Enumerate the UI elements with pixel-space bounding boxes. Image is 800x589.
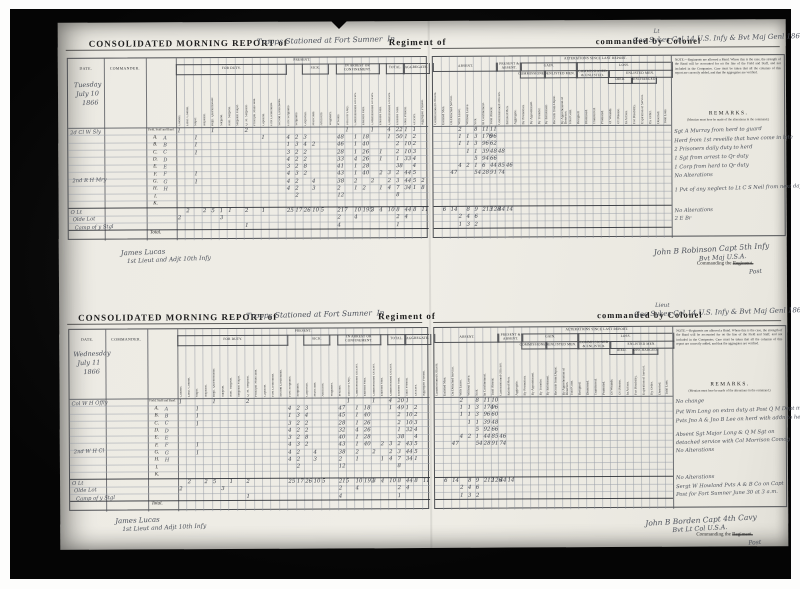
cell-value: 28 xyxy=(337,149,344,155)
cell-value: 46 xyxy=(337,142,344,148)
column-header-label: Principal Musicians. xyxy=(253,76,260,126)
cell-value: 14 xyxy=(506,206,513,212)
cell-value: 10 xyxy=(388,207,395,213)
row-script-letter: F xyxy=(163,172,167,178)
cell-value: 9 xyxy=(474,207,477,213)
cell-value: 4 xyxy=(468,485,471,491)
cell-value: 8 xyxy=(304,164,307,170)
cell-value: 47 xyxy=(452,441,459,447)
column-header-label: Regtl. Quartermaster. xyxy=(213,347,220,397)
cell-value: 38 xyxy=(339,449,346,455)
cell-value: 1 xyxy=(414,456,417,462)
cell-value: 4 xyxy=(287,178,290,184)
cell-value: 4 xyxy=(406,485,409,491)
cell-value: 1 xyxy=(211,128,214,134)
company-row-label: F. xyxy=(148,443,166,448)
cell-value: 3 xyxy=(312,186,315,192)
cell-value: 4 xyxy=(288,457,291,463)
column-group-label: SICK. xyxy=(303,334,330,345)
cell-value: 2 xyxy=(371,178,374,184)
column-header-label: By Order. xyxy=(649,84,655,124)
column-header-label: By Enlistment. xyxy=(547,355,553,395)
cell-value: 1 xyxy=(459,221,462,227)
cell-value: 2 xyxy=(303,149,306,155)
cell-value: 1 xyxy=(468,412,471,418)
cell-value: 1 xyxy=(354,185,357,191)
cell-value: 48 xyxy=(490,148,497,154)
cell-value: 2 xyxy=(476,492,479,498)
cell-value: 1 xyxy=(220,208,223,214)
cell-value: 1 xyxy=(245,222,248,228)
column-header-label: By Promotion. xyxy=(522,84,528,124)
regiment-of-label: Regiment of xyxy=(389,37,447,47)
cell-value: 2 xyxy=(339,456,342,462)
cell-value: 2 xyxy=(460,485,463,491)
column-header-label: Asst. Surgeon. xyxy=(228,76,235,126)
cell-value: 40 xyxy=(364,412,371,418)
column-header-label: Recruits from Depot. xyxy=(555,355,561,395)
column-header-label: Enlisted Men. xyxy=(397,346,404,396)
row-script-letter: G xyxy=(163,179,167,185)
cell-value: 40 xyxy=(362,171,369,177)
cell-value: 26 xyxy=(362,149,369,155)
side-note-script: 1866 xyxy=(82,98,99,107)
company-row-label: Total. xyxy=(148,501,166,506)
cell-value: 4 xyxy=(458,163,461,169)
cell-value: 17 xyxy=(297,479,304,485)
column-group-label: AGGREGATE. xyxy=(403,63,430,74)
cell-value: 2 xyxy=(246,399,249,405)
cell-value: 2 xyxy=(413,134,416,140)
cell-value: 1 xyxy=(379,185,382,191)
cell-value: 1 xyxy=(474,163,477,169)
cell-value: 1 xyxy=(387,134,390,140)
column-header-label: Total Present. xyxy=(404,75,411,125)
cell-value: 38 xyxy=(396,163,403,169)
column-group-label: COMMISSIONED. xyxy=(522,341,548,349)
column-header-label: Total Present. xyxy=(406,346,413,396)
cell-value: 8 xyxy=(468,478,471,484)
cell-value: 44 xyxy=(500,477,507,483)
cell-value: 1 xyxy=(406,405,409,411)
row-line xyxy=(68,162,428,165)
cell-value: 8 xyxy=(467,207,470,213)
cell-value: 2 xyxy=(295,156,298,162)
company-row-label: I. xyxy=(148,465,166,470)
side-note-script: O Lt xyxy=(71,210,83,216)
row-line xyxy=(68,133,428,136)
cell-value: 60 xyxy=(491,412,498,418)
cell-value: 1 xyxy=(466,148,469,154)
cell-value: 96 xyxy=(490,134,497,140)
cell-value: 1 xyxy=(212,399,215,405)
cell-value: 2 xyxy=(396,171,399,177)
cell-value: 43 xyxy=(337,171,344,177)
column-group-label: COMMISSIONED. xyxy=(520,70,546,78)
cell-value: 2 xyxy=(398,485,401,491)
cell-value: 3 xyxy=(288,435,291,441)
row-line xyxy=(69,214,429,217)
cell-value: 1 xyxy=(404,134,407,140)
commander-column-header: COMMANDER. xyxy=(105,337,147,341)
cell-value: 5 xyxy=(413,170,416,176)
cell-value: 4 xyxy=(356,486,359,492)
cell-value: 47 xyxy=(338,405,345,411)
column-header-label: Total Loss. xyxy=(666,355,672,395)
cell-value: 1 xyxy=(476,419,479,425)
cell-value: 62 xyxy=(490,141,497,147)
column-header-label: Artificers. xyxy=(320,76,327,126)
cell-value: 8 xyxy=(305,435,308,441)
cell-value: 1 xyxy=(371,127,374,133)
cell-value: 2 xyxy=(245,128,248,134)
cell-value: 1 xyxy=(389,405,392,411)
remarks-caption: (Mention must here be made of the altera… xyxy=(673,117,783,122)
column-header-label: By Promotion. xyxy=(523,355,529,395)
cell-value: 2 xyxy=(295,164,298,170)
cell-value: 26 xyxy=(305,478,312,484)
remarks-title: REMARKS. xyxy=(671,110,786,117)
cell-value: 2 xyxy=(397,420,400,426)
row-line xyxy=(70,470,430,473)
cell-value: 5 xyxy=(211,208,214,214)
column-header-label: Corporals. xyxy=(303,76,310,126)
cell-value: 50 xyxy=(396,134,403,140)
company-row-label: A. xyxy=(146,135,164,140)
company-row-label: C. xyxy=(148,421,166,426)
column-header-label: By Enlistment. xyxy=(545,84,551,124)
cell-value: 10 xyxy=(354,207,361,213)
side-note-script: Olde Lot xyxy=(73,216,96,223)
cell-value: 2 xyxy=(204,479,207,485)
cell-value: 44 xyxy=(406,478,413,484)
column-header-label: Dismissed. xyxy=(585,84,591,124)
cell-value: 2 xyxy=(297,427,300,433)
cell-value: 2 xyxy=(246,479,249,485)
post-script: Post xyxy=(749,268,762,276)
column-header-label: Enlisted Men. xyxy=(381,346,388,396)
cell-value: 2 xyxy=(458,126,461,132)
cell-value: 34 xyxy=(406,456,413,462)
remark-line: No Alterations xyxy=(674,172,712,179)
column-header-label: Aggregate. xyxy=(515,355,521,395)
row-line xyxy=(70,419,430,422)
column-header-label: Total Loss. xyxy=(664,84,670,124)
cell-value: 1 xyxy=(177,128,180,134)
cell-value: 2 xyxy=(295,186,298,192)
column-header-label: Second Lieutenants. xyxy=(280,347,287,397)
column-header-label: Enlisted Men. xyxy=(396,75,403,125)
commanding-struck-word: Regiment. xyxy=(732,532,753,537)
column-header-label: Commissioned Officers. xyxy=(354,75,361,125)
column-header-label: Colonel. xyxy=(179,347,186,397)
company-row-label: E. xyxy=(148,436,166,441)
company-row-label: E. xyxy=(146,165,164,170)
cell-value: 2 xyxy=(459,214,462,220)
column-header-label: Commissioned Officers. xyxy=(372,346,379,396)
cell-value: 3 xyxy=(296,413,299,419)
column-header-label: Sergeant Major. xyxy=(236,76,243,126)
column-group-label: AGGREGATE. xyxy=(404,334,431,345)
cell-value: 3 xyxy=(467,221,470,227)
cell-value: 4 xyxy=(337,222,340,228)
cell-value: 4 xyxy=(288,427,291,433)
column-group-label: SICK. xyxy=(302,63,329,74)
cell-value: 2 xyxy=(337,215,340,221)
cell-value: 8 xyxy=(413,207,416,213)
cell-value: 44 xyxy=(406,449,413,455)
cell-value: 1 xyxy=(261,135,264,141)
right-report-table: ALTERATIONS SINCE LAST REPORT.ABSENT.PRE… xyxy=(432,54,786,238)
cell-value: 2 xyxy=(468,434,471,440)
cell-value: 8 xyxy=(474,126,477,132)
row-line xyxy=(70,499,430,502)
cell-value: 10 xyxy=(314,478,321,484)
row-script-letter: D xyxy=(163,157,167,163)
column-header-label: In Action. xyxy=(625,84,631,124)
cell-value: 2 xyxy=(414,412,417,418)
row-line xyxy=(70,426,430,429)
cell-value: 4 xyxy=(354,156,357,162)
side-note-script: July 11 xyxy=(77,358,100,367)
date-column-header: DATE. xyxy=(68,67,104,71)
remark-line: Pvts Jno A & Jno B Lee on herd with addn… xyxy=(676,414,800,424)
cell-value: 17 xyxy=(295,208,302,214)
cell-value: 2 xyxy=(355,449,358,455)
row-script-letter: H xyxy=(163,186,167,192)
column-header-label: First Sergeants. xyxy=(287,76,294,126)
cell-value: 25 xyxy=(287,208,294,214)
cell-value: 4 xyxy=(288,406,291,412)
cell-value: 74 xyxy=(498,170,505,176)
column-header-label: Enlisted Men. xyxy=(379,75,386,125)
cell-value: 28 xyxy=(339,420,346,426)
cell-value: 8 xyxy=(396,207,399,213)
cell-value: 3 xyxy=(414,420,417,426)
column-header-label: Without Leave. xyxy=(466,85,472,125)
column-header-label: Promoted. xyxy=(602,355,608,395)
company-row-label: F. xyxy=(146,172,164,177)
column-header-label: Total for Duty. xyxy=(347,346,354,396)
column-header-label: On Detached Service. xyxy=(452,356,458,396)
column-header-label: Commissioned Officers. xyxy=(355,346,362,396)
column-header-label: Regtl. Quartermaster. xyxy=(211,76,218,126)
cell-value: 3 xyxy=(372,478,375,484)
cell-value: 33 xyxy=(337,156,344,162)
cell-value: 7 xyxy=(396,185,399,191)
date-column-header: DATE. xyxy=(69,338,105,342)
cell-value: 85 xyxy=(498,163,505,169)
colonel-super-script: Lt xyxy=(654,29,660,35)
row-script-letter: B xyxy=(165,413,169,419)
row-line xyxy=(70,485,430,488)
column-header-label: First Sergeants. xyxy=(288,347,295,397)
cell-value: 2 xyxy=(475,221,478,227)
cell-value: 2 xyxy=(295,135,298,141)
company-row-label: D. xyxy=(146,157,164,162)
cell-value: 10 xyxy=(356,478,363,484)
cell-value: 14 xyxy=(452,478,459,484)
cell-value: 6 xyxy=(444,478,447,484)
cell-value: 26 xyxy=(362,156,369,162)
cell-value: 3 xyxy=(474,141,477,147)
commander-column-header: COMMANDER. xyxy=(104,66,146,70)
column-header-label: Commissioned Officers. xyxy=(434,85,440,125)
cell-value: 2 xyxy=(304,171,307,177)
cell-value: 4 xyxy=(312,178,315,184)
company-row-label: H. xyxy=(146,187,164,192)
cell-value: 4 xyxy=(313,449,316,455)
cell-value: 96 xyxy=(483,412,490,418)
cell-value: 2 xyxy=(305,427,308,433)
company-row-label: G. xyxy=(148,450,166,455)
column-header-label: Wagoners. xyxy=(329,75,336,125)
cell-value: 3 xyxy=(313,457,316,463)
cell-value: 48 xyxy=(337,134,344,140)
cell-value: 1 xyxy=(347,398,350,404)
cell-value: 1 xyxy=(466,134,469,140)
cell-value: 1 xyxy=(194,150,197,156)
cell-value: 8 xyxy=(421,185,424,191)
column-header-label: With Leave. xyxy=(460,356,466,396)
column-header-label: Aggregate. xyxy=(514,84,520,124)
cell-value: 8 xyxy=(398,478,401,484)
remark-line: No Alterations xyxy=(676,474,714,481)
cell-value: 2 xyxy=(188,479,191,485)
cell-value: 39 xyxy=(484,419,491,425)
row-script-letter: F xyxy=(165,443,169,449)
side-note-script: 2nd W H Cl xyxy=(74,448,105,455)
column-header-label: For Disability. xyxy=(634,355,640,395)
cell-value: 91 xyxy=(490,170,497,176)
cell-value: 1 xyxy=(458,141,461,147)
cell-value: 1 xyxy=(398,493,401,499)
cell-value: 1 xyxy=(396,222,399,228)
cell-value: 1 xyxy=(458,134,461,140)
column-header-label: Without Leave. xyxy=(467,356,473,396)
remark-line: 1 Pvt of any neglect to Lt C S Neil from… xyxy=(674,183,800,193)
cell-value: 46 xyxy=(506,163,513,169)
cell-value: 2 xyxy=(305,420,308,426)
column-header-label: Deserted. xyxy=(658,355,664,395)
cell-value: 2 xyxy=(372,449,375,455)
row-line xyxy=(68,184,428,187)
row-line xyxy=(70,492,430,495)
cell-value: 8 xyxy=(398,463,401,469)
cell-value: 11 xyxy=(482,126,489,132)
column-header-label: Enlisted Men. xyxy=(442,85,448,125)
column-header-label: Captains. xyxy=(261,76,268,126)
cell-value: 3 xyxy=(396,178,399,184)
cell-value: 1 xyxy=(354,142,357,148)
cell-value: 2 xyxy=(297,464,300,470)
cell-value: 66 xyxy=(491,426,498,432)
cell-value: 3 xyxy=(474,134,477,140)
cell-value: 46 xyxy=(499,434,506,440)
cell-value: 44 xyxy=(498,206,505,212)
side-note-script: July 10 xyxy=(76,89,99,98)
company-row-label: A. xyxy=(148,406,166,411)
side-note-script: 2nd R H Mry xyxy=(72,177,106,184)
cell-value: 47 xyxy=(450,170,457,176)
commanding-struck-word: Regiment. xyxy=(733,261,754,266)
column-header-label: Enlisted Men. xyxy=(507,356,513,396)
column-header-label: Commissioned Officers. xyxy=(499,356,505,396)
cell-value: 2 xyxy=(414,405,417,411)
company-row-label: D. xyxy=(148,428,166,433)
remark-line: Post for Fort Sumner June 30 at 3 a.m. xyxy=(676,489,778,498)
cell-value: 4 xyxy=(389,456,392,462)
remark-line: Pvt Wm Long on extra duty at Post Q M De… xyxy=(676,405,800,415)
cell-value: 44 xyxy=(490,163,497,169)
cell-value: 1 xyxy=(355,456,358,462)
cell-value: 2 xyxy=(396,214,399,220)
cell-value: 40 xyxy=(364,442,371,448)
cell-value: 26 xyxy=(364,427,371,433)
column-header-label: Officers. xyxy=(414,346,421,396)
company-row-label: G. xyxy=(146,179,164,184)
cell-value: 3 xyxy=(220,215,223,221)
column-group-label: ABSENT. xyxy=(433,63,499,72)
column-header-label: Commissioned Officers. xyxy=(436,356,442,396)
cell-value: 5 xyxy=(414,441,417,447)
cell-value: 1 xyxy=(230,479,233,485)
column-header-label: Lieut. Colonel. xyxy=(187,347,194,397)
cell-value: 3 xyxy=(389,442,392,448)
cell-value: 2 xyxy=(312,142,315,148)
header-rule-right xyxy=(432,46,780,49)
column-header-label: Total Gain. xyxy=(569,84,575,124)
cell-value: 3 xyxy=(295,142,298,148)
cell-value: 1 xyxy=(404,127,407,133)
column-header-label: Enlisted Men. xyxy=(506,85,512,125)
cell-value: 2 xyxy=(179,486,182,492)
column-header-label: Of Wounds. xyxy=(609,84,615,124)
company-row-label: C. xyxy=(146,150,164,155)
column-group-label: IN ARREST OR CONFINEMENT. xyxy=(337,334,381,345)
column-header-label: Privates. xyxy=(337,75,344,125)
cell-value: 5 xyxy=(413,178,416,184)
column-header-label: Major. xyxy=(196,347,203,397)
column-header-label: By Apprehension of Deserters. xyxy=(563,355,569,395)
row-line xyxy=(70,441,430,444)
cell-value: 32 xyxy=(406,427,413,433)
company-row-label: H. xyxy=(148,458,166,463)
cell-value: 4 xyxy=(303,142,306,148)
cell-value: 1 xyxy=(246,493,249,499)
cell-value: 26 xyxy=(364,420,371,426)
column-header-label: By Appointment. xyxy=(530,84,536,124)
column-header-label: In Confinement. xyxy=(483,356,489,396)
column-header-label: Transferred. xyxy=(594,355,600,395)
column-group-label: FOR DUTY. xyxy=(177,335,288,347)
right-report-table: ALTERATIONS SINCE LAST REPORT.ABSENT.PRE… xyxy=(433,325,787,509)
row-script-letter: A xyxy=(163,135,167,141)
remark-line: 1 Corp from herd to Qr duty xyxy=(674,162,749,170)
cell-value: 14 xyxy=(508,477,515,483)
cell-value: 4 xyxy=(387,127,390,133)
cell-value: 2 xyxy=(397,412,400,418)
side-note-script: Olde Lot xyxy=(74,487,97,494)
cell-value: 1 xyxy=(413,127,416,133)
cell-value: 4 xyxy=(413,163,416,169)
cell-value: 4 xyxy=(287,186,290,192)
cell-value: 1 xyxy=(468,419,471,425)
row-line xyxy=(70,455,430,458)
commanding-text: Commanding the xyxy=(697,261,732,266)
remark-line: No Alterations xyxy=(675,207,713,214)
side-note-script: 1866 xyxy=(83,367,100,376)
